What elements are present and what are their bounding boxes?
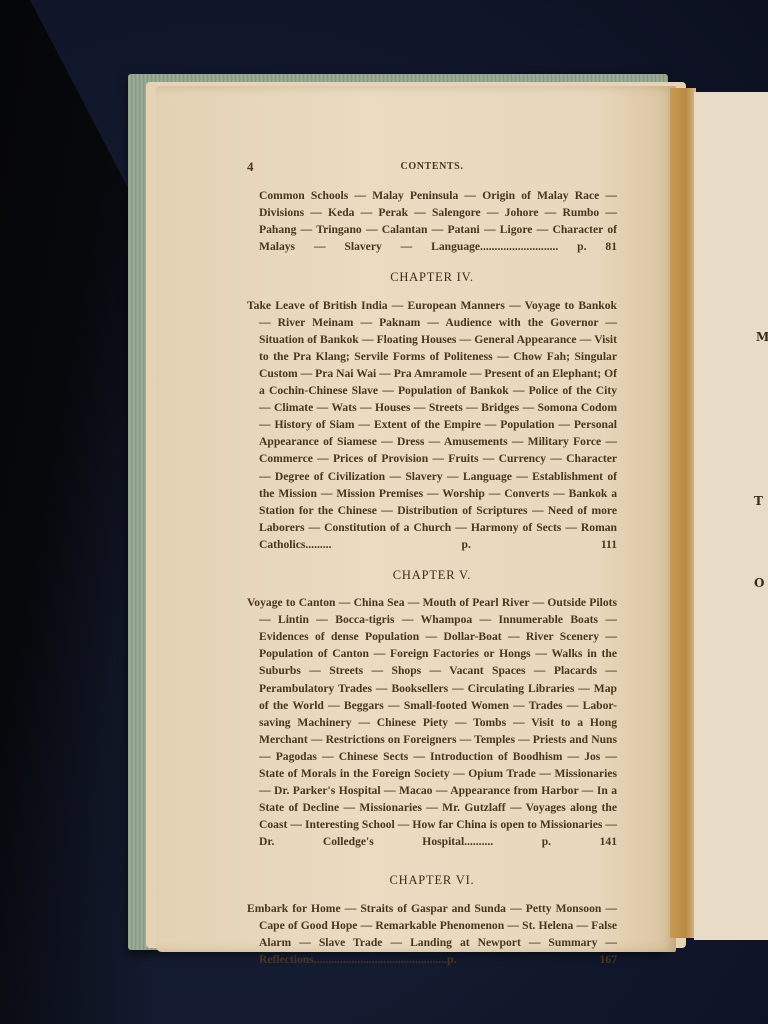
section-text: Common Schools — Malay Peninsula — Origi… <box>247 187 617 255</box>
right-page-fragment: T <box>754 494 763 508</box>
chapter-heading: CHAPTER V. <box>247 567 617 584</box>
right-page: M T O <box>694 92 768 940</box>
chapter-heading: CHAPTER VI. <box>247 872 617 889</box>
right-page-fragment: O <box>754 576 764 590</box>
running-title: CONTENTS. <box>247 158 617 175</box>
chapter-heading: CHAPTER IV. <box>247 269 617 286</box>
page-header: 4 CONTENTS. <box>247 158 617 175</box>
book-gutter <box>670 88 696 938</box>
contents-page-text: 4 CONTENTS. Common Schools — Malay Penin… <box>247 158 617 968</box>
section-text: Voyage to Canton — China Sea — Mouth of … <box>247 594 617 850</box>
section-text: Take Leave of British India — European M… <box>247 297 617 553</box>
right-page-fragment: M <box>756 330 768 344</box>
section-text: Embark for Home — Straits of Gaspar and … <box>247 900 617 968</box>
